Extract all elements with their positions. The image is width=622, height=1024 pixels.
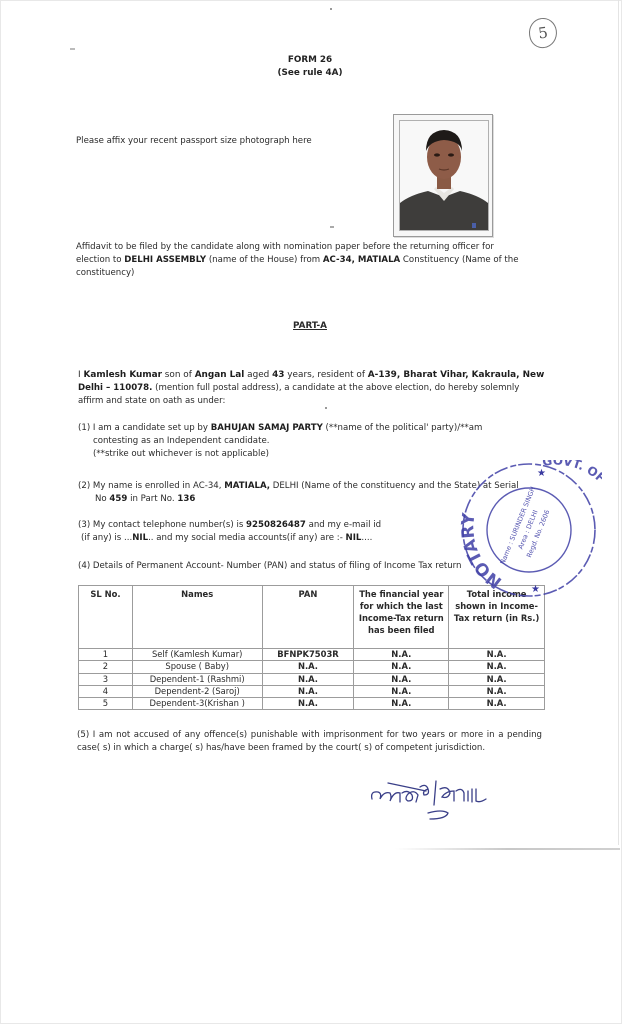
text: and my e-mail id: [306, 520, 381, 530]
cell-income: N.A.: [449, 698, 545, 710]
form-rule: (See rule 4A): [200, 67, 420, 80]
cell-sl: 3: [79, 673, 133, 685]
text: aged: [244, 370, 272, 380]
stamp-notary-text: NOTARY: [458, 511, 506, 592]
header-sl-no: SL No.: [79, 586, 133, 649]
text: (1) I am a candidate set up by: [78, 423, 211, 433]
cell-name: Dependent-1 (Rashmi): [132, 673, 262, 685]
text: (mention full postal address), a candida…: [152, 383, 519, 393]
text: (if any) is ...: [81, 533, 132, 543]
house-name: DELHI ASSEMBLY: [124, 255, 206, 265]
cell-income: N.A.: [449, 673, 545, 685]
cell-year: N.A.: [354, 685, 449, 697]
star-icon: ★: [531, 584, 540, 595]
text: ....: [361, 533, 372, 543]
text: (name of the House) from: [206, 255, 323, 265]
item-3-line-2: (if any) is ...NIL.. and my social media…: [81, 532, 372, 545]
text: .. and my social media accounts(if any) …: [148, 533, 345, 543]
cell-pan: N.A.: [262, 661, 354, 673]
form-title: FORM 26 (See rule 4A): [200, 54, 420, 80]
item-2-line-1: (2) My name is enrolled in AC-34, MATIAL…: [78, 480, 519, 493]
text: son of: [162, 370, 195, 380]
cell-name: Self (Kamlesh Kumar): [132, 649, 262, 661]
cell-sl: 1: [79, 649, 133, 661]
address-line-1: A-139, Bharat Vihar, Kakraula, New: [368, 370, 545, 380]
star-icon: ★: [537, 468, 546, 479]
scan-speck: [325, 407, 327, 409]
item-2-line-2: No 459 in Part No. 136: [95, 493, 195, 506]
cell-name: Spouse ( Baby): [132, 661, 262, 673]
text: (**name of the political' party)/**am: [323, 423, 483, 433]
signature-icon: [368, 775, 528, 825]
cell-income: N.A.: [449, 685, 545, 697]
text: years, resident of: [284, 370, 367, 380]
party-name: BAHUJAN SAMAJ PARTY: [211, 423, 323, 433]
table-row: 5 Dependent-3(Krishan ) N.A. N.A. N.A.: [79, 698, 545, 710]
declaration-line-1: I Kamlesh Kumar son of Angan Lal aged 43…: [78, 369, 544, 382]
serial-number: 459: [109, 494, 127, 504]
cell-sl: 5: [79, 698, 133, 710]
candidate-portrait-icon: [400, 121, 488, 230]
cell-pan: N.A.: [262, 673, 354, 685]
pan-details-table: SL No. Names PAN The financial year for …: [78, 585, 545, 710]
text: election to: [76, 255, 124, 265]
text: Constituency (Name of the: [400, 255, 518, 265]
affidavit-intro-line-3: constituency): [76, 267, 134, 280]
part-a-heading: PART-A: [270, 320, 350, 333]
notary-stamp: NOTARY GOVT. OF INDIA Name : SURINDER SI…: [457, 460, 602, 600]
cell-year: N.A.: [354, 661, 449, 673]
form-number: FORM 26: [200, 54, 420, 67]
text: (3) My contact telephone number(s) is: [78, 520, 246, 530]
item-1-line-1: (1) I am a candidate set up by BAHUJAN S…: [78, 422, 482, 435]
item-4: (4) Details of Permanent Account- Number…: [78, 560, 462, 573]
cell-income: N.A.: [449, 649, 545, 661]
affidavit-intro-line-2: election to DELHI ASSEMBLY (name of the …: [76, 254, 519, 267]
item-1-line-3: (**strike out whichever is not applicabl…: [93, 448, 269, 461]
scan-speck: [330, 226, 334, 228]
cell-name: Dependent-3(Krishan ): [132, 698, 262, 710]
candidate-age: 43: [272, 370, 284, 380]
notary-seal-icon: NOTARY GOVT. OF INDIA Name : SURINDER SI…: [457, 460, 602, 600]
cell-pan: N.A.: [262, 685, 354, 697]
phone-number: 9250826487: [246, 520, 306, 530]
declaration-line-2: Delhi – 110078. (mention full postal add…: [78, 382, 519, 395]
text: (2) My name is enrolled in AC-34,: [78, 481, 224, 491]
candidate-name: Kamlesh Kumar: [83, 370, 162, 380]
svg-text:NOTARY: NOTARY: [458, 511, 506, 592]
photo-instruction: Please affix your recent passport size p…: [76, 135, 312, 148]
constituency-name: AC-34, MATIALA: [323, 255, 400, 265]
header-pan: PAN: [262, 586, 354, 649]
table-row: 1 Self (Kamlesh Kumar) BFNPK7503R N.A. N…: [79, 649, 545, 661]
email-id: NIL: [132, 533, 148, 543]
table-row: 3 Dependent-1 (Rashmi) N.A. N.A. N.A.: [79, 673, 545, 685]
father-name: Angan Lal: [195, 370, 245, 380]
cell-year: N.A.: [354, 673, 449, 685]
enrolled-place: MATIALA,: [224, 481, 270, 491]
header-financial-year: The financial year for which the last In…: [354, 586, 449, 649]
affidavit-intro-line-1: Affidavit to be filed by the candidate a…: [76, 241, 494, 254]
text: in Part No.: [127, 494, 177, 504]
item-5: (5) I am not accused of any offence(s) p…: [77, 729, 542, 756]
item-3-line-1: (3) My contact telephone number(s) is 92…: [78, 519, 381, 532]
cell-year: N.A.: [354, 698, 449, 710]
table-row: 2 Spouse ( Baby) N.A. N.A. N.A.: [79, 661, 545, 673]
text: No: [95, 494, 109, 504]
passport-photo: [393, 114, 493, 237]
table-row: 4 Dependent-2 (Saroj) N.A. N.A. N.A.: [79, 685, 545, 697]
part-number: 136: [177, 494, 195, 504]
cell-sl: 2: [79, 661, 133, 673]
page-bottom-shadow: [395, 848, 620, 850]
scan-speck: [330, 8, 332, 10]
scan-speck: [70, 48, 75, 50]
cell-income: N.A.: [449, 661, 545, 673]
item-1-line-2: contesting as an Independent candidate.: [93, 435, 269, 448]
address-line-2: Delhi – 110078.: [78, 383, 152, 393]
cell-pan: BFNPK7503R: [262, 649, 354, 661]
header-names: Names: [132, 586, 262, 649]
cell-name: Dependent-2 (Saroj): [132, 685, 262, 697]
social-media: NIL: [346, 533, 362, 543]
cell-pan: N.A.: [262, 698, 354, 710]
affidavit-page: 5 FORM 26 (See rule 4A) Please affix you…: [0, 0, 622, 1024]
cell-sl: 4: [79, 685, 133, 697]
candidate-signature: [368, 775, 528, 825]
declaration-line-3: affirm and state on oath as under:: [78, 395, 225, 408]
cell-year: N.A.: [354, 649, 449, 661]
